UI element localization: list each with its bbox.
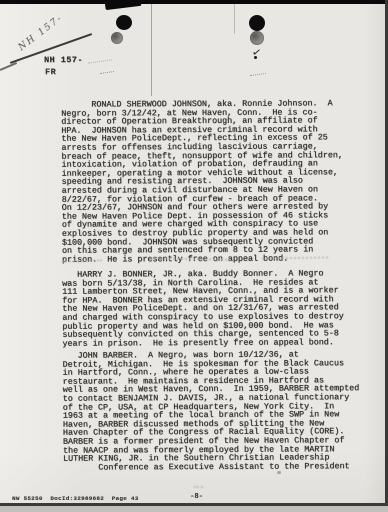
scan-bottom-margin — [0, 506, 388, 512]
paragraph-ronald-johnson: RONALD SHERWOOD JOHNSON, aka. Ronnie Joh… — [61, 99, 343, 264]
pencil-smudge — [194, 486, 203, 488]
page-number: -8- — [190, 493, 203, 501]
scanned-document-page: NH 157- ✓ NH 157- FR RONALD SHERWOOD JOH… — [0, 0, 388, 512]
archive-reference: NW 55250 DocId:32989682 Page 43 — [12, 495, 139, 502]
scan-speck — [277, 471, 281, 474]
paragraph-harry-bonner: HARRY J. BONNER, JR., aka. Buddy Bonner.… — [62, 269, 344, 348]
paragraph-john-barber: JOHN BARBER. A Negro, was born 10/12/36,… — [62, 350, 359, 472]
document-body: RONALD SHERWOOD JOHNSON, aka. Ronnie Joh… — [0, 0, 388, 512]
